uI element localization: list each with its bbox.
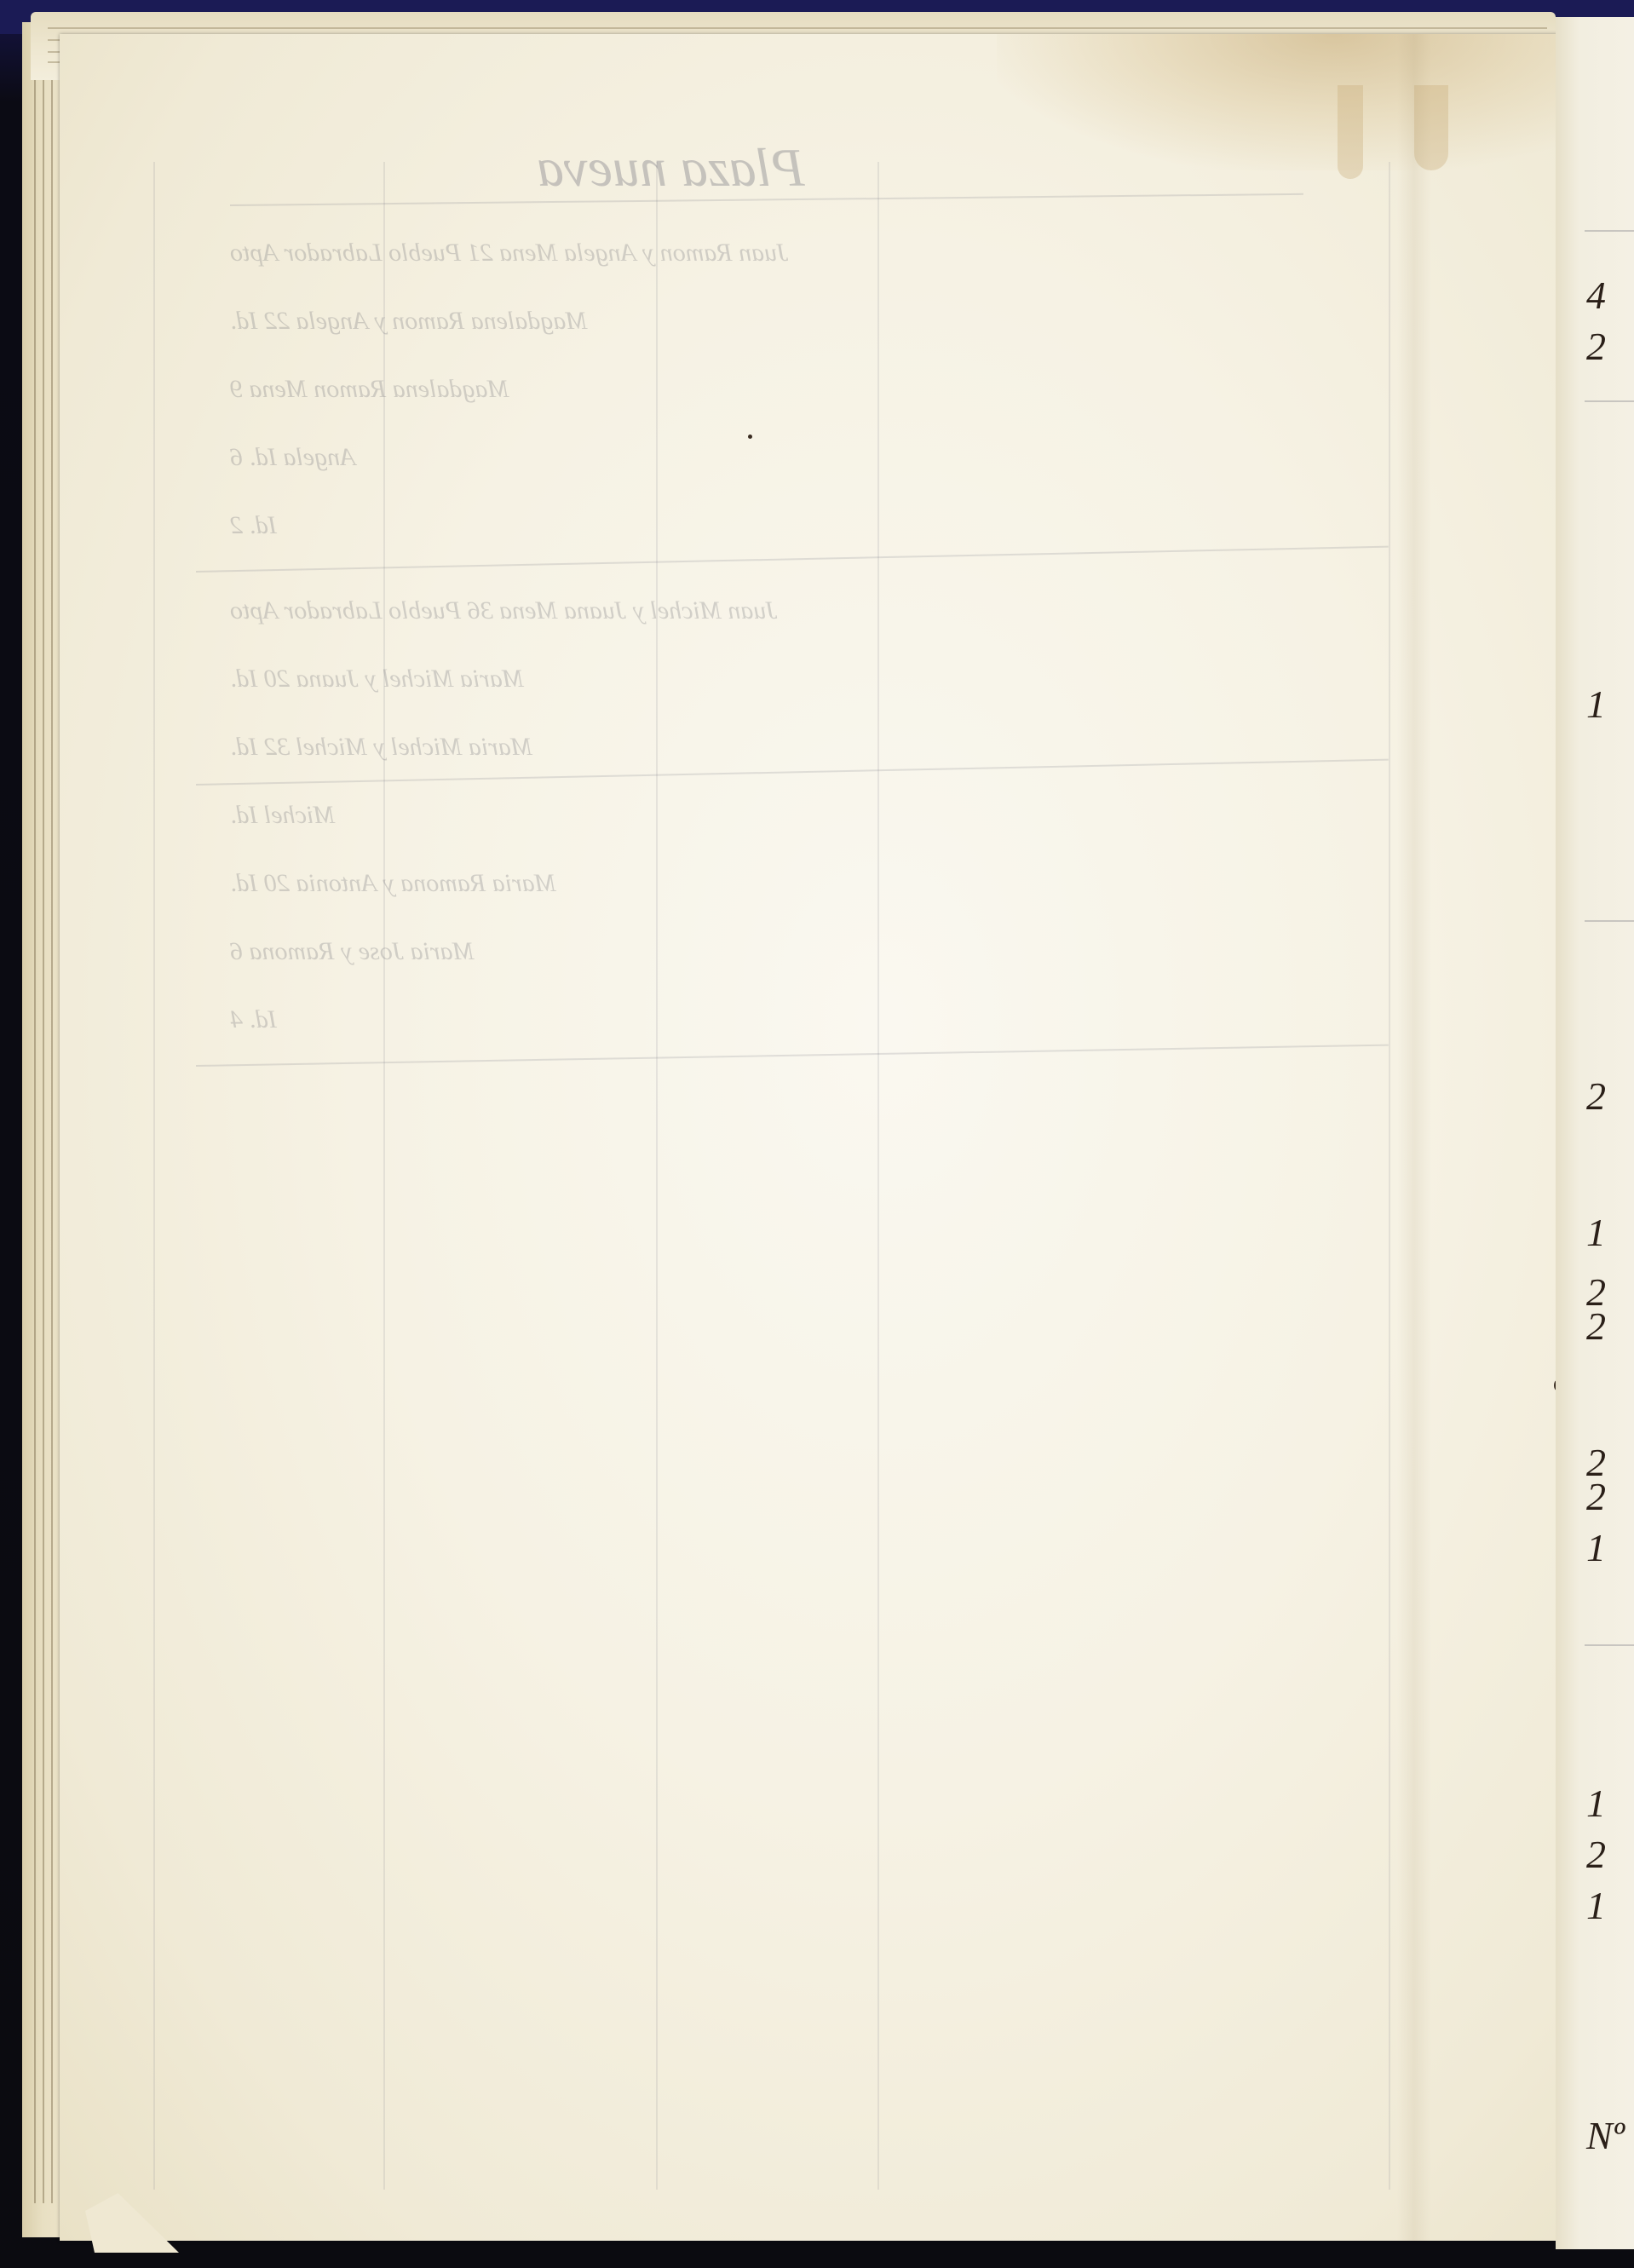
bleed-row: Magdalena Ramon Mena 9 xyxy=(230,375,509,404)
facing-rule xyxy=(1585,230,1634,232)
bleed-row: Angela Id. 6 xyxy=(230,443,355,472)
facing-numeral: 1 xyxy=(1586,1525,1606,1570)
facing-numeral: 2 xyxy=(1586,1474,1606,1519)
column-rule xyxy=(656,162,658,2190)
facing-numeral: 2 xyxy=(1586,1832,1606,1877)
bleed-heading: Plaza nueva xyxy=(537,136,805,199)
page-edge-line xyxy=(34,48,36,2203)
row-rule xyxy=(196,1045,1389,1067)
page-fold-shadow xyxy=(1397,34,1431,2241)
manuscript-page: Plaza nueva Juan Ramon y Angela Mena 21 … xyxy=(60,34,1559,2241)
facing-numeral: 1 xyxy=(1586,1210,1606,1255)
water-stain xyxy=(997,34,1559,170)
margin-rule xyxy=(153,162,155,2190)
facing-numeral: 2 xyxy=(1586,324,1606,369)
facing-rule xyxy=(1585,1644,1634,1646)
facing-numeral: Nº xyxy=(1586,2113,1625,2158)
facing-numeral: 4 xyxy=(1586,273,1606,318)
facing-rule xyxy=(1585,400,1634,402)
water-stain-drip xyxy=(1338,85,1363,179)
bleed-row: Juan Ramon y Angela Mena 21 Pueblo Labra… xyxy=(230,239,789,268)
facing-numeral: 2 xyxy=(1586,1304,1606,1349)
column-rule xyxy=(383,162,385,2190)
column-rule xyxy=(1389,162,1390,2190)
bleed-row: Juan Michel y Juana Mena 36 Pueblo Labra… xyxy=(230,596,778,625)
page-edge-line xyxy=(48,27,1547,29)
facing-numeral: 1 xyxy=(1586,682,1606,727)
bleed-row: Id. 2 xyxy=(230,511,277,540)
facing-numeral: 2 xyxy=(1586,1074,1606,1119)
bleed-row: Maria Michel y Juana 20 Id. xyxy=(230,665,524,694)
bleed-row: Id. 4 xyxy=(230,1005,277,1034)
row-rule xyxy=(196,759,1389,786)
column-rule xyxy=(877,162,879,2190)
bleed-row: Michel Id. xyxy=(230,801,335,830)
ink-spot xyxy=(748,435,752,439)
bleed-row: Maria Michel y Michel 32 Id. xyxy=(230,733,532,762)
facing-numeral: 1 xyxy=(1586,1883,1606,1928)
bleed-row: Maria Ramona y Antonia 20 Id. xyxy=(230,869,556,898)
facing-numeral: 1 xyxy=(1586,1781,1606,1826)
row-rule xyxy=(196,546,1389,573)
bleed-row: Maria Jose y Ramona 6 xyxy=(230,937,475,966)
page-edge-line xyxy=(43,48,44,2203)
facing-rule xyxy=(1585,920,1634,922)
page-edge-line xyxy=(51,48,53,2203)
bleed-row: Magdalena Ramon y Angela 22 Id. xyxy=(230,307,587,336)
